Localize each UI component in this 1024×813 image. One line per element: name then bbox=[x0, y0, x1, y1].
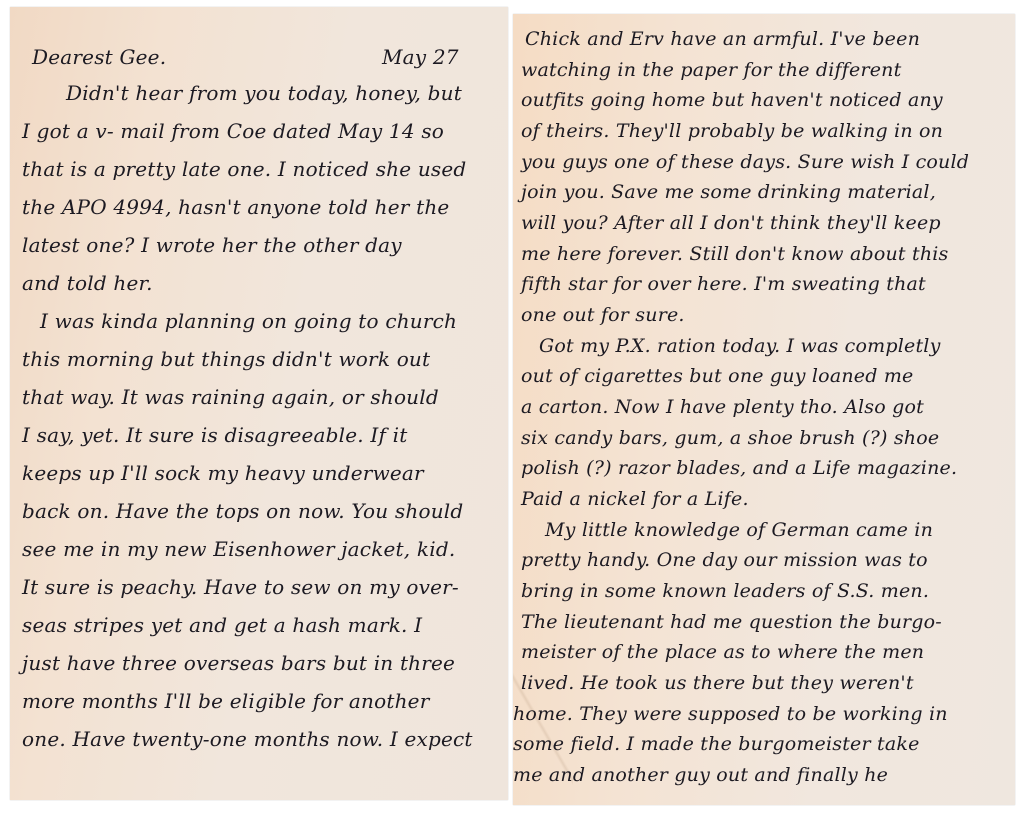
handwritten-line: I say, yet. It sure is disagreeable. If … bbox=[22, 423, 408, 447]
handwritten-line: My little knowledge of German came in bbox=[545, 519, 933, 541]
handwritten-line: keeps up I'll sock my heavy underwear bbox=[22, 461, 424, 485]
handwritten-line: pretty handy. One day our mission was to bbox=[521, 549, 928, 571]
handwritten-line: Got my P.X. ration today. I was completl… bbox=[539, 335, 941, 357]
handwritten-line: some field. I made the burgomeister take bbox=[513, 733, 920, 755]
handwritten-line: that is a pretty late one. I noticed she… bbox=[22, 157, 466, 181]
handwritten-line: more months I'll be eligible for another bbox=[22, 689, 429, 713]
handwritten-line: I got a v- mail from Coe dated May 14 so bbox=[22, 119, 444, 143]
handwritten-line: see me in my new Eisenhower jacket, kid. bbox=[22, 537, 455, 561]
handwritten-line: and told her. bbox=[22, 271, 153, 295]
handwritten-line: back on. Have the tops on now. You shoul… bbox=[22, 499, 463, 523]
letter-page-right: Chick and Erv have an armful. I've been … bbox=[513, 14, 1015, 805]
handwritten-line: outfits going home but haven't noticed a… bbox=[521, 89, 943, 111]
handwritten-line: will you? After all I don't think they'l… bbox=[521, 212, 941, 234]
handwritten-line: I was kinda planning on going to church bbox=[40, 309, 457, 333]
letter-page-left: Dearest Gee. May 27 Didn't hear from you… bbox=[10, 7, 508, 800]
handwritten-line: join you. Save me some drinking material… bbox=[521, 181, 936, 203]
handwritten-line: The lieutenant had me question the burgo… bbox=[521, 611, 942, 633]
handwritten-line: home. They were supposed to be working i… bbox=[513, 703, 948, 725]
handwritten-line: Paid a nickel for a Life. bbox=[521, 488, 749, 510]
handwritten-line: Chick and Erv have an armful. I've been bbox=[525, 28, 920, 50]
handwritten-line: fifth star for over here. I'm sweating t… bbox=[521, 273, 926, 295]
handwritten-line: me and another guy out and finally he bbox=[513, 764, 888, 786]
handwritten-line: a carton. Now I have plenty tho. Also go… bbox=[521, 396, 924, 418]
letter-date: May 27 bbox=[382, 45, 459, 69]
handwritten-line: you guys one of these days. Sure wish I … bbox=[521, 151, 969, 173]
handwritten-line: just have three overseas bars but in thr… bbox=[22, 651, 455, 675]
handwritten-line: lived. He took us there but they weren't bbox=[521, 672, 914, 694]
handwritten-line: me here forever. Still don't know about … bbox=[521, 243, 949, 265]
handwritten-line: polish (?) razor blades, and a Life maga… bbox=[521, 457, 957, 479]
salutation: Dearest Gee. bbox=[32, 45, 166, 69]
handwritten-line: It sure is peachy. Have to sew on my ove… bbox=[22, 575, 459, 599]
handwritten-line: Didn't hear from you today, honey, but bbox=[66, 81, 462, 105]
handwritten-line: latest one? I wrote her the other day bbox=[22, 233, 402, 257]
handwritten-line: bring in some known leaders of S.S. men. bbox=[521, 580, 929, 602]
handwritten-line: six candy bars, gum, a shoe brush (?) sh… bbox=[521, 427, 939, 449]
handwritten-line: this morning but things didn't work out bbox=[22, 347, 430, 371]
handwritten-line: that way. It was raining again, or shoul… bbox=[22, 385, 439, 409]
handwritten-line: one out for sure. bbox=[521, 304, 685, 326]
handwritten-line: watching in the paper for the different bbox=[521, 59, 901, 81]
handwritten-line: out of cigarettes but one guy loaned me bbox=[521, 365, 914, 387]
handwritten-line: seas stripes yet and get a hash mark. I bbox=[22, 613, 422, 637]
handwritten-line: the APO 4994, hasn't anyone told her the bbox=[22, 195, 449, 219]
handwritten-line: of theirs. They'll probably be walking i… bbox=[521, 120, 943, 142]
handwritten-line: one. Have twenty-one months now. I expec… bbox=[22, 727, 473, 751]
handwritten-line: meister of the place as to where the men bbox=[521, 641, 924, 663]
